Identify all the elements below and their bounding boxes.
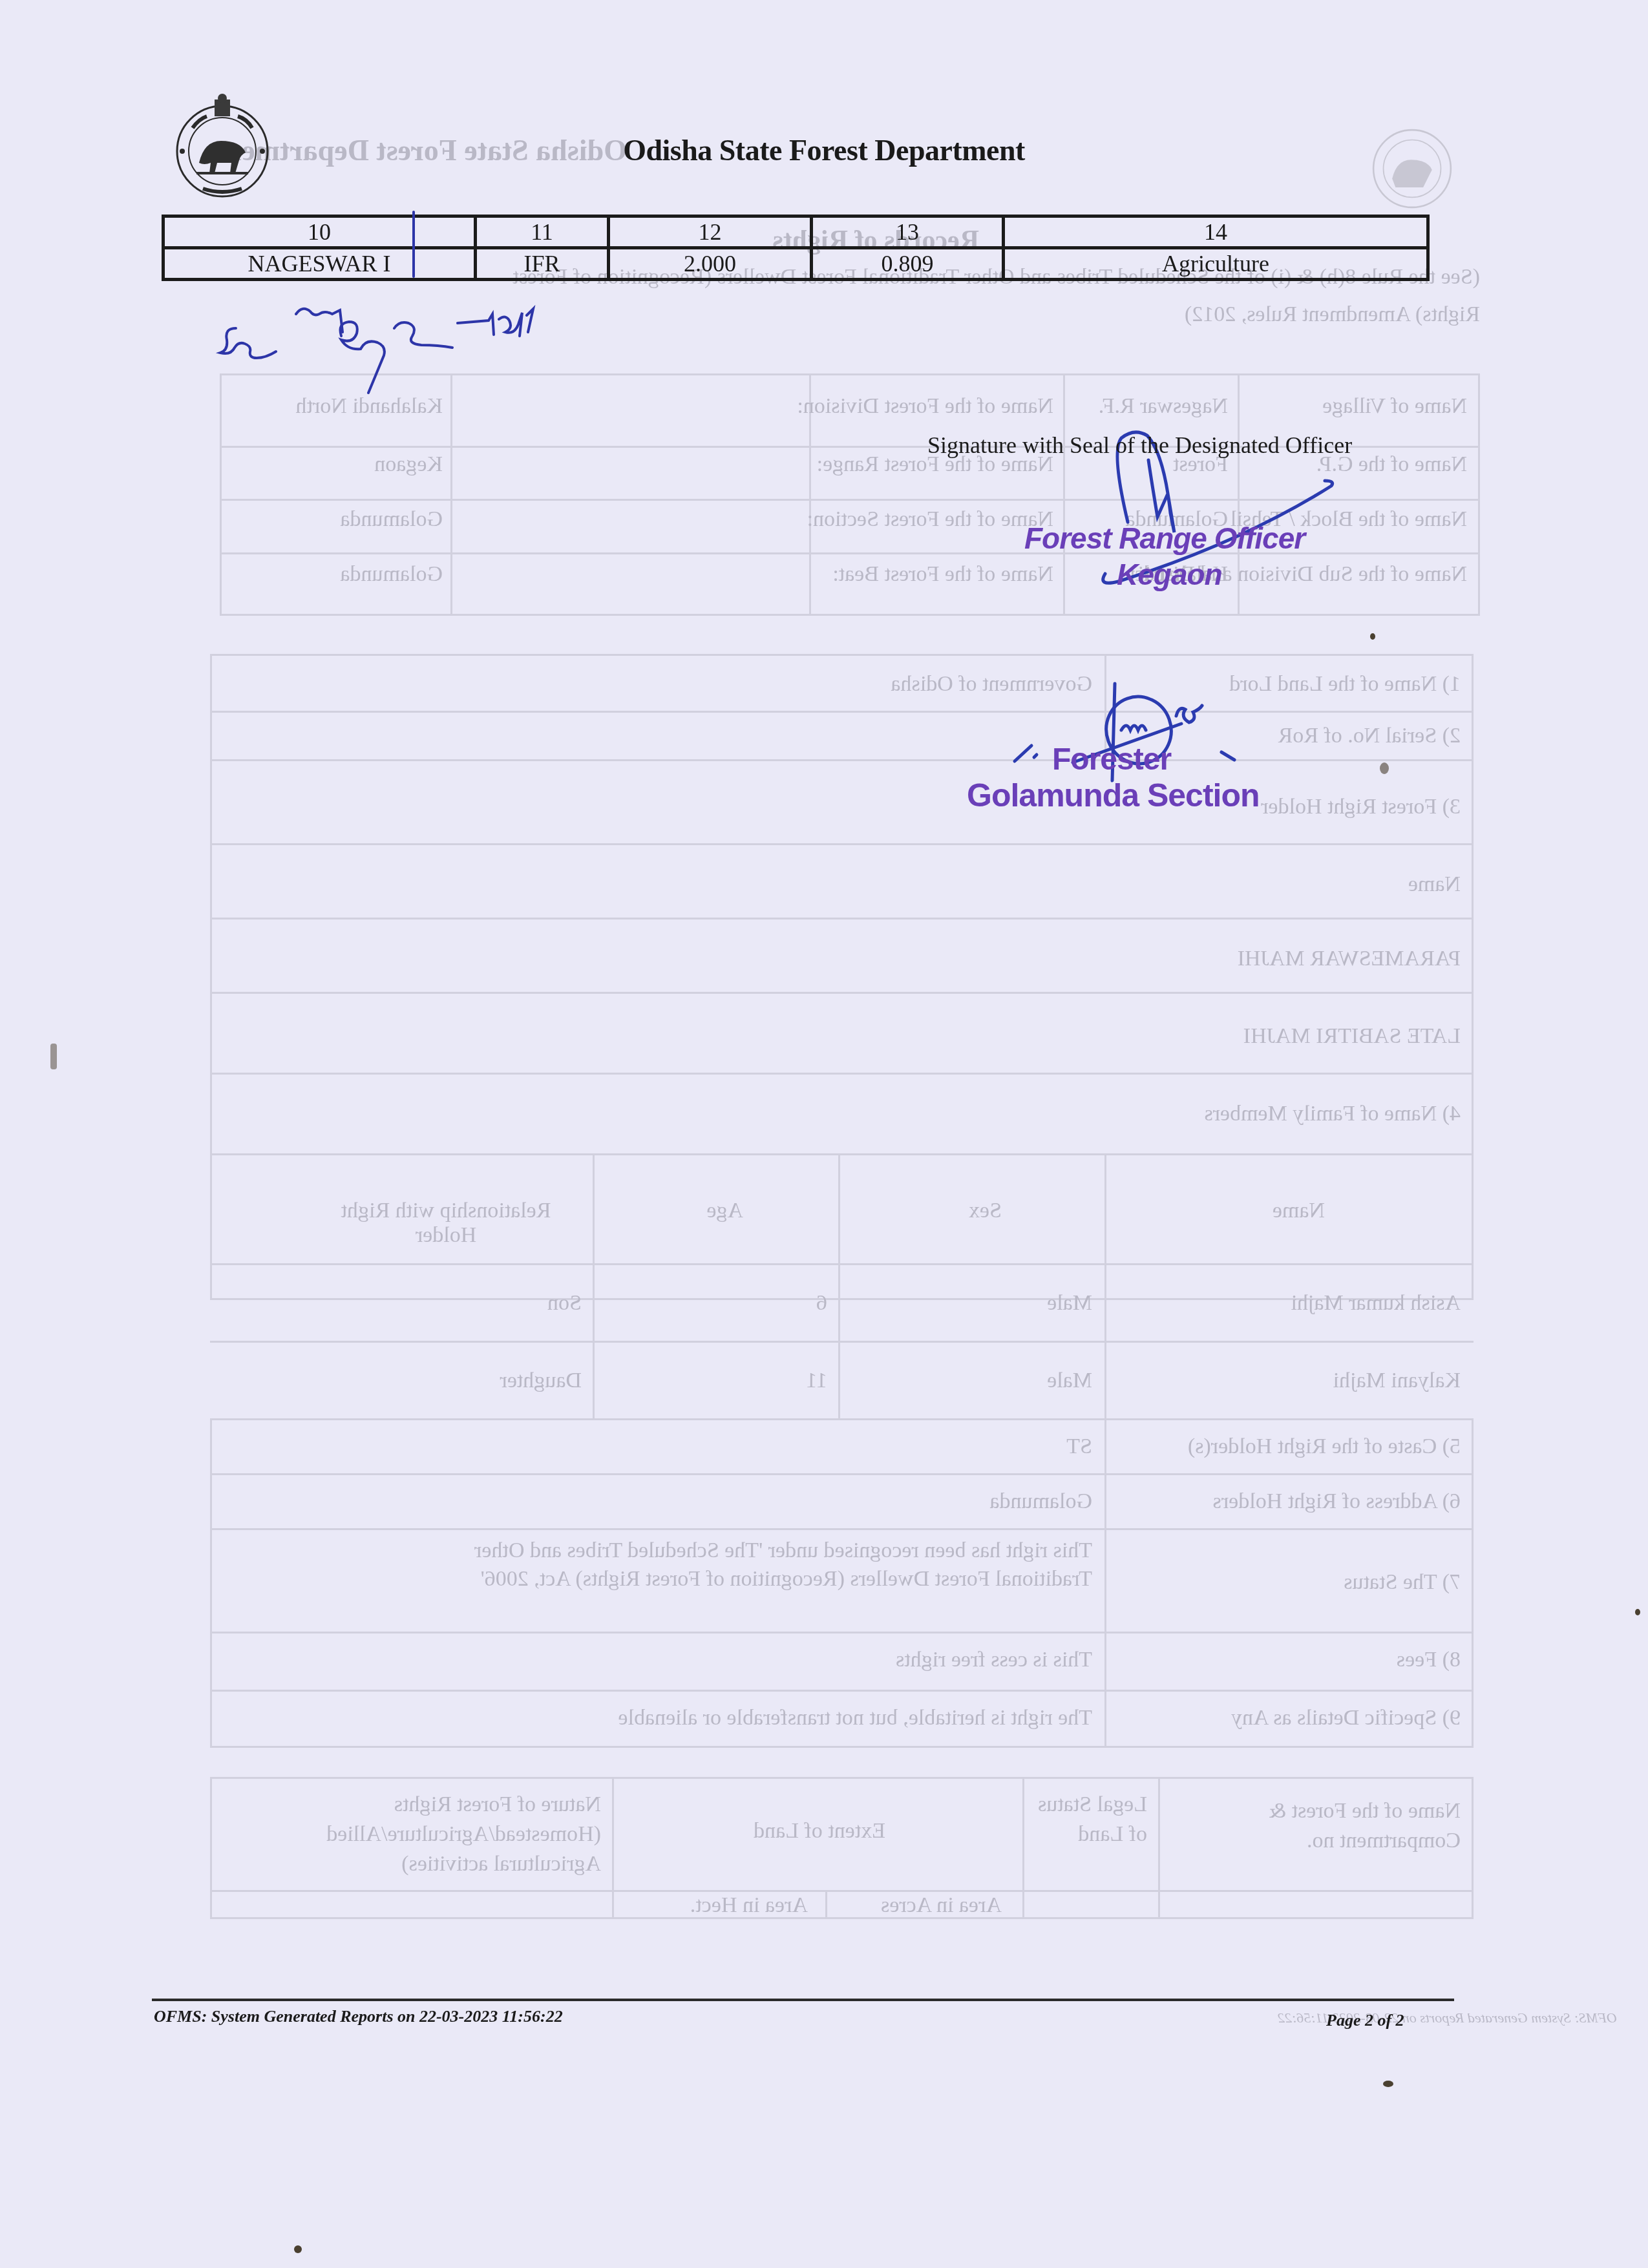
area-hect-cell: 0.809 xyxy=(812,248,1004,280)
table-row: NAGESWAR I IFR 2.000 0.809 Agriculture xyxy=(164,248,1428,280)
speck xyxy=(294,2245,302,2253)
table-header-cell: 11 xyxy=(476,216,609,248)
forester-stamp-section: Golamunda Section xyxy=(967,777,1260,814)
range-officer-stamp-title: Forest Range Officer xyxy=(1024,521,1305,556)
speck xyxy=(1383,2081,1393,2087)
speck xyxy=(1370,633,1375,640)
table-header-cell: 13 xyxy=(812,216,1004,248)
forester-stamp-title: Forester xyxy=(1052,742,1171,777)
compartment-cell: NAGESWAR I xyxy=(164,248,476,280)
speck xyxy=(50,1044,57,1069)
reverse-page-show-through: Odisha State Forest Department Records o… xyxy=(0,0,1648,2268)
footer-page-number: Page 2 of 2 xyxy=(1326,2011,1404,2030)
page-title: Odisha State Forest Department xyxy=(0,133,1648,167)
area-acres-cell: 2.000 xyxy=(609,248,812,280)
forest-rights-table: 10 11 12 13 14 NAGESWAR I IFR 2.000 0.80… xyxy=(162,215,1430,281)
range-officer-stamp-location: Kegaon xyxy=(1117,557,1222,592)
ghost-rule-note-2: Rights) Amendment Rules, 2012) xyxy=(1185,302,1480,327)
signature-caption: Signature with Seal of the Designated Of… xyxy=(927,432,1352,459)
table-header-cell: 14 xyxy=(1004,216,1428,248)
legal-status-cell: IFR xyxy=(476,248,609,280)
table-header-row: 10 11 12 13 14 xyxy=(164,216,1428,248)
footer-divider xyxy=(152,1999,1454,2001)
handwritten-signatures xyxy=(0,0,1648,2268)
nature-of-rights-cell: Agriculture xyxy=(1004,248,1428,280)
speck xyxy=(1380,762,1389,774)
speck xyxy=(1635,1609,1640,1615)
table-header-cell: 12 xyxy=(609,216,812,248)
footer-generated-text: OFMS: System Generated Reports on 22-03-… xyxy=(154,2007,563,2026)
table-header-cell: 10 xyxy=(164,216,476,248)
